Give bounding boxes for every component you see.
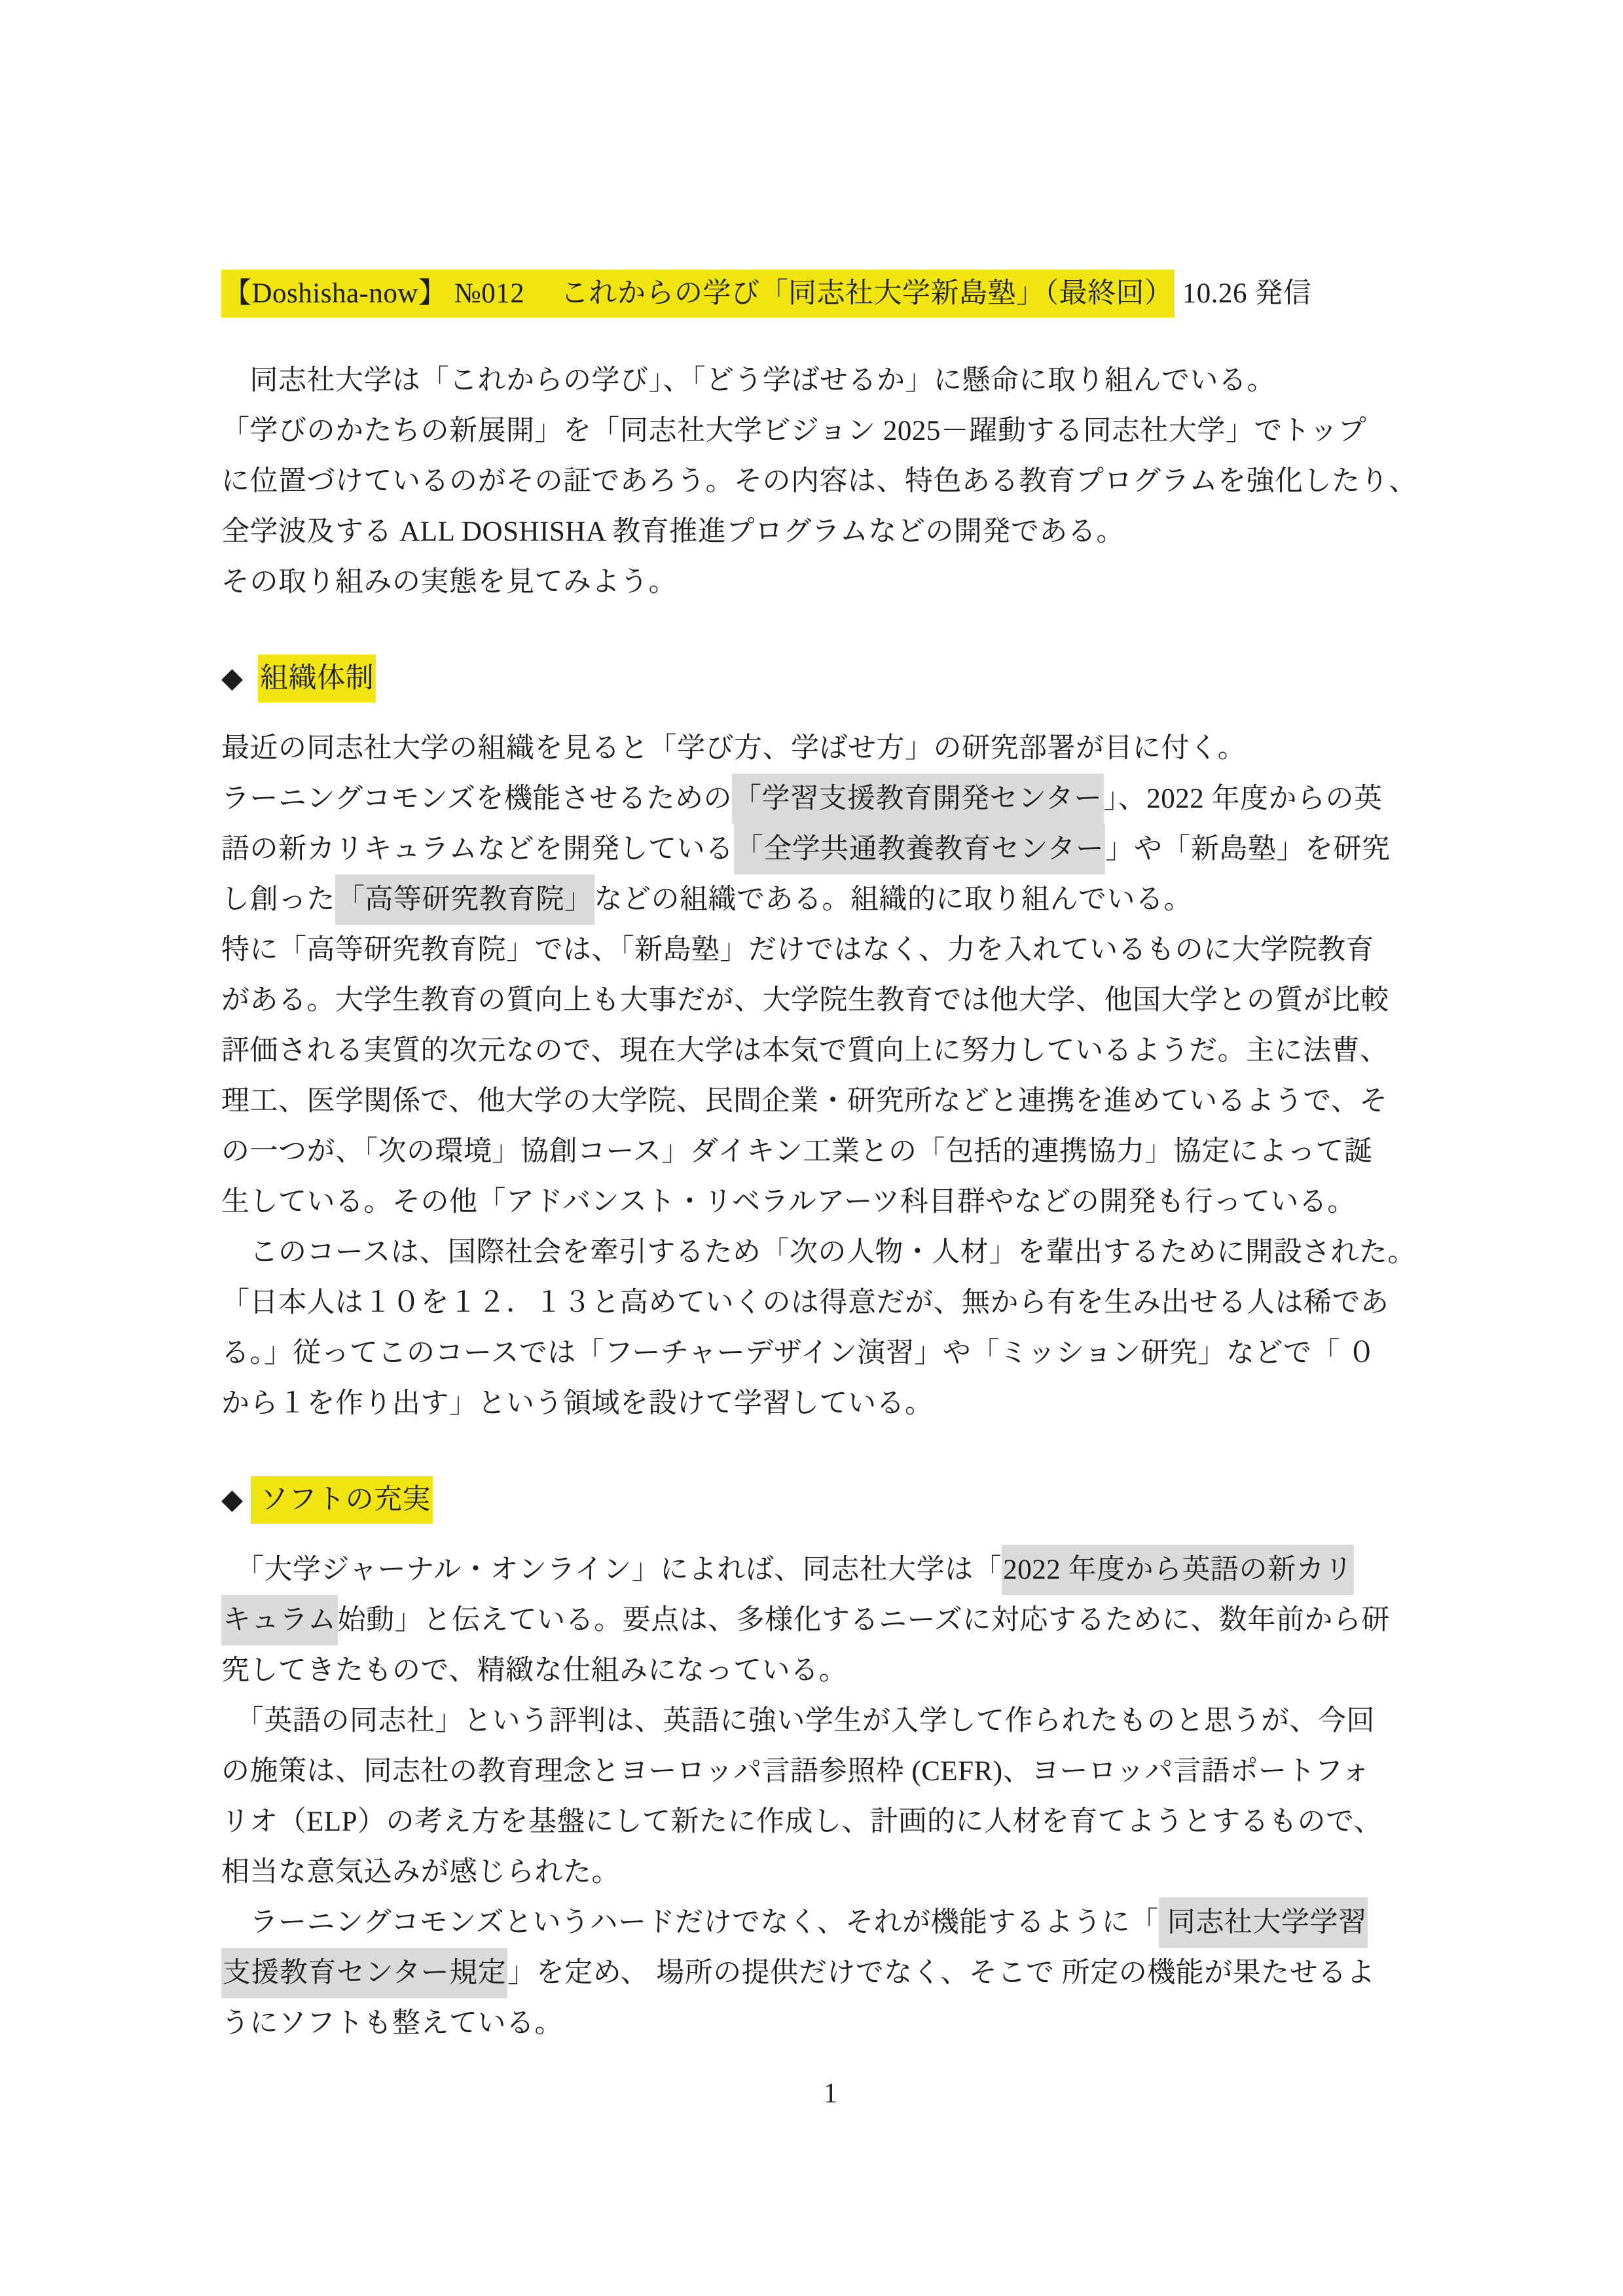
text-line: ラーニングコモンズを機能させるための「学習支援教育開発センター」、2022 年度… (221, 774, 1440, 824)
text-segment: 始動」と伝えている。要点は、多様化するニーズに対応するために、数年前から研 (338, 1605, 1390, 1636)
gray-highlight-segment: キュラム (221, 1595, 338, 1645)
text-segment: 「英語の同志社」という評判は、英語に強い学生が入学して作られたものと思うが、今回 (221, 1706, 1375, 1736)
paragraph: ラーニングコモンズというハードだけでなく、それが機能するように「 同志社大学学習… (221, 1897, 1440, 2049)
yellow-highlight-segment: ソフトの充実 (251, 1476, 433, 1524)
text-segment: の施策は、同志社の教育理念とヨーロッパ言語参照枠 (CEFR)、ヨーロッパ言語ポ… (221, 1756, 1370, 1787)
text-segment: 「学びのかたちの新展開」を「同志社大学ビジョン 2025－躍動する同志社大学」で… (221, 416, 1366, 446)
paragraph: 同志社大学は「これからの学び」、「どう学ばせるか」に懸命に取り組んでいる。「学び… (221, 355, 1440, 607)
text-line: 支援教育センター規定」を定め、 場所の提供だけでなく、そこで 所定の機能が果たせ… (221, 1948, 1440, 1998)
text-line: 評価される実質的次元なので、現在大学は本気で質向上に努力しているようだ。主に法曹… (221, 1026, 1440, 1076)
text-line: ラーニングコモンズというハードだけでなく、それが機能するように「 同志社大学学習 (221, 1897, 1440, 1948)
text-line: このコースは、国際社会を牽引するため「次の人物・人材」を輩出するために開設された… (221, 1227, 1440, 1278)
text-segment: 「大学ジャーナル・オンライン」によれば、同志社大学は「 (221, 1554, 1002, 1585)
text-segment: うにソフトも整えている。 (221, 2008, 563, 2039)
text-line: の施策は、同志社の教育理念とヨーロッパ言語参照枠 (CEFR)、ヨーロッパ言語ポ… (221, 1746, 1440, 1797)
gray-highlight-segment: 「学習支援教育開発センター (732, 774, 1104, 824)
text-segment: などの組織である。組織的に取り組んでいる。 (594, 884, 1193, 915)
gray-highlight-segment: 支援教育センター規定 (221, 1948, 507, 1998)
text-segment: 」を定め、 場所の提供だけでなく、そこで 所定の機能が果たせるよ (507, 1958, 1375, 1988)
document-page: 【Doshisha-now】 №012 これからの学び「同志社大学新島塾」（最終… (0, 0, 1623, 2296)
text-segment: 相当な意気込みが感じられた。 (221, 1857, 620, 1888)
text-line: 特に「高等研究教育院」では、「新島塾」だけではなく、力を入れているものに大学院教… (221, 925, 1440, 975)
text-segment: 生している。その他「アドバンスト・リベラルアーツ科目群やなどの開発も行っている。 (221, 1187, 1356, 1217)
text-segment: から１を作り出す」という領域を設けて学習している。 (221, 1388, 934, 1419)
text-segment: 特に「高等研究教育院」では、「新島塾」だけではなく、力を入れているものに大学院教… (221, 935, 1374, 965)
text-line: キュラム始動」と伝えている。要点は、多様化するニーズに対応するために、数年前から… (221, 1595, 1440, 1645)
text-segment: このコースは、国際社会を牽引するため「次の人物・人材」を輩出するために開設された… (221, 1237, 1416, 1268)
text-line: る。」従ってこのコースでは「フーチャーデザイン演習」や「ミッション研究」などで「… (221, 1328, 1440, 1378)
text-line: 同志社大学は「これからの学び」、「どう学ばせるか」に懸命に取り組んでいる。 (221, 355, 1440, 406)
text-segment: ラーニングコモンズを機能させるための (221, 783, 732, 814)
paragraph: 「英語の同志社」という評判は、英語に強い学生が入学して作られたものと思うが、今回… (221, 1696, 1440, 1897)
text-line: 理工、医学関係で、他大学の大学院、民間企業・研究所などと連携を進めているようで、… (221, 1076, 1440, 1126)
text-line: 「学びのかたちの新展開」を「同志社大学ビジョン 2025－躍動する同志社大学」で… (221, 406, 1440, 456)
document-title: 【Doshisha-now】 №012 これからの学び「同志社大学新島塾」（最終… (221, 268, 1440, 319)
text-segment: 理工、医学関係で、他大学の大学院、民間企業・研究所などと連携を進めているようで、… (221, 1086, 1388, 1117)
gray-highlight-segment: 「全学共通教養教育センター (734, 824, 1106, 874)
diamond-icon: ◆ (221, 1484, 251, 1515)
text-segment: リオ（ELP）の考え方を基盤にして新たに作成し、計画的に人材を育てようとするもの… (221, 1806, 1382, 1837)
text-segment: 同志社大学は「これからの学び」、「どう学ばせるか」に懸命に取り組んでいる。 (221, 365, 1275, 396)
diamond-icon: ◆ (221, 663, 258, 694)
section-heading: ◆ 組織体制 (221, 653, 1440, 704)
text-line: その取り組みの実態を見てみよう。 (221, 557, 1440, 607)
text-line: 相当な意気込みが感じられた。 (221, 1847, 1440, 1897)
text-line: ◆ 組織体制 (221, 653, 1440, 704)
section-heading: ◆ ソフトの充実 (221, 1475, 1440, 1525)
text-line: 語の新カリキュラムなどを開発している「全学共通教養教育センター」や「新島塾」を研… (221, 824, 1440, 874)
text-line: 生している。その他「アドバンスト・リベラルアーツ科目群やなどの開発も行っている。 (221, 1177, 1440, 1227)
gray-highlight-segment: 同志社大学学習 (1159, 1897, 1368, 1948)
gray-highlight-segment: 「高等研究教育院」 (335, 874, 594, 925)
text-segment: る。」従ってこのコースでは「フーチャーデザイン演習」や「ミッション研究」などで「… (221, 1338, 1376, 1369)
text-line: 「大学ジャーナル・オンライン」によれば、同志社大学は「2022 年度から英語の新… (221, 1545, 1440, 1595)
text-line: の一つが、「次の環境」協創コース」ダイキン工業との「包括的連携協力」協定によって… (221, 1126, 1440, 1177)
text-segment: その取り組みの実態を見てみよう。 (221, 567, 677, 598)
yellow-highlight-segment: 組織体制 (258, 655, 376, 702)
yellow-highlight-segment: 【Doshisha-now】 №012 これからの学び「同志社大学新島塾」（最終… (221, 270, 1175, 317)
text-line: 究してきたもので、精緻な仕組みになっている。 (221, 1645, 1440, 1696)
text-line: 「日本人は１０を１２．１３と高めていくのは得意だが、無から有を生み出せる人は稀で… (221, 1278, 1440, 1328)
paragraph: 最近の同志社大学の組織を見ると「学び方、学ばせ方」の研究部署が目に付く。ラーニン… (221, 723, 1440, 1227)
text-line: がある。大学生教育の質向上も大事だが、大学院生教育では他大学、他国大学との質が比… (221, 975, 1440, 1026)
text-segment: 」、2022 年度からの英 (1104, 783, 1383, 814)
paragraph: 「大学ジャーナル・オンライン」によれば、同志社大学は「2022 年度から英語の新… (221, 1545, 1440, 1696)
gray-highlight-segment: 2022 年度から英語の新カリ (1002, 1545, 1354, 1595)
text-line: うにソフトも整えている。 (221, 1998, 1440, 2049)
text-segment: ラーニングコモンズというハードだけでなく、それが機能するように「 (221, 1907, 1159, 1938)
text-segment: し創った (221, 884, 335, 915)
text-line: から１を作り出す」という領域を設けて学習している。 (221, 1378, 1440, 1429)
text-line: 「英語の同志社」という評判は、英語に強い学生が入学して作られたものと思うが、今回 (221, 1696, 1440, 1746)
text-segment: 10.26 発信 (1175, 278, 1311, 309)
text-line: 全学波及する ALL DOSHISHA 教育推進プログラムなどの開発である。 (221, 507, 1440, 557)
text-segment: 究してきたもので、精緻な仕組みになっている。 (221, 1655, 847, 1686)
paragraph: このコースは、国際社会を牽引するため「次の人物・人材」を輩出するために開設された… (221, 1227, 1440, 1429)
text-line: ◆ ソフトの充実 (221, 1475, 1440, 1525)
text-segment: の一つが、「次の環境」協創コース」ダイキン工業との「包括的連携協力」協定によって… (221, 1136, 1373, 1167)
text-segment: がある。大学生教育の質向上も大事だが、大学院生教育では他大学、他国大学との質が比… (221, 985, 1389, 1016)
text-line: し創った「高等研究教育院」などの組織である。組織的に取り組んでいる。 (221, 874, 1440, 925)
text-line: リオ（ELP）の考え方を基盤にして新たに作成し、計画的に人材を育てようとするもの… (221, 1797, 1440, 1847)
text-segment: 全学波及する ALL DOSHISHA 教育推進プログラムなどの開発である。 (221, 516, 1125, 547)
page-number: 1 (221, 2068, 1440, 2119)
text-segment: に位置づけているのがその証であろう。その内容は、特色ある教育プログラムを強化した… (221, 466, 1417, 497)
text-line: に位置づけているのがその証であろう。その内容は、特色ある教育プログラムを強化した… (221, 456, 1440, 507)
text-line: 最近の同志社大学の組織を見ると「学び方、学ばせ方」の研究部署が目に付く。 (221, 723, 1440, 774)
text-line: 【Doshisha-now】 №012 これからの学び「同志社大学新島塾」（最終… (221, 268, 1440, 319)
text-segment: 」や「新島塾」を研究 (1105, 834, 1390, 865)
page-content: 【Doshisha-now】 №012 これからの学び「同志社大学新島塾」（最終… (221, 268, 1440, 2049)
text-segment: 評価される実質的次元なので、現在大学は本気で質向上に努力しているようだ。主に法曹… (221, 1035, 1389, 1066)
text-segment: 最近の同志社大学の組織を見ると「学び方、学ばせ方」の研究部署が目に付く。 (221, 733, 1246, 764)
text-segment: 語の新カリキュラムなどを開発している (221, 834, 734, 865)
text-segment: 「日本人は１０を１２．１３と高めていくのは得意だが、無から有を生み出せる人は稀で… (221, 1287, 1389, 1318)
